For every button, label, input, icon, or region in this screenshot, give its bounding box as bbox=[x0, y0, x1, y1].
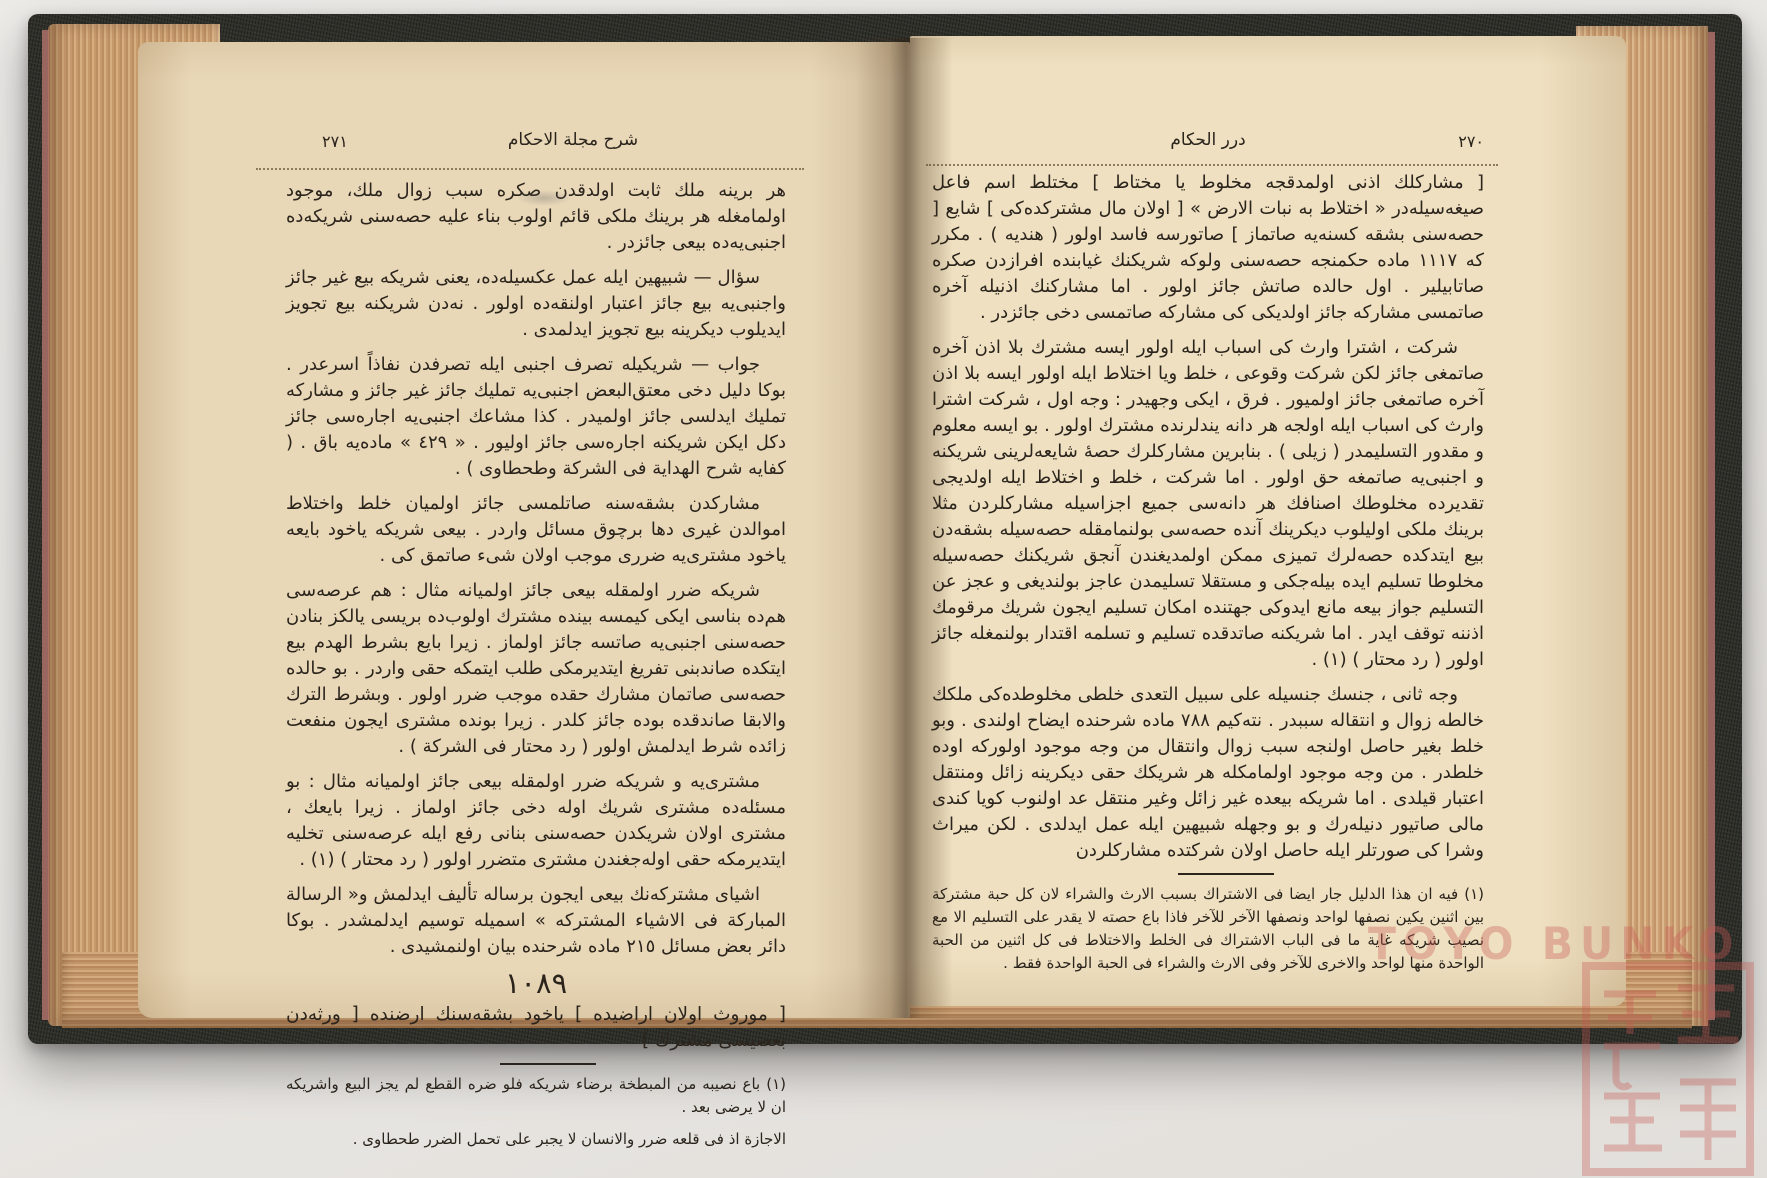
paragraph: شريكه ضرر اولمقله بيعى جائز اولميانه مثا… bbox=[286, 578, 786, 760]
paragraph: جواب — شريكيله تصرف اجنبى ايله تصرفدن نف… bbox=[286, 352, 786, 482]
right-header-rule bbox=[926, 164, 1498, 166]
footnote-separator bbox=[1178, 873, 1274, 875]
matn-line: [ موروث اولان اراضيده ] ياخود بشقه‌سنك ا… bbox=[286, 1002, 786, 1054]
right-page-header-title: درر الحكام bbox=[930, 130, 1486, 150]
footnote-line: (١) باع نصيبه من المبطخة برضاء شريكه فلو… bbox=[286, 1073, 786, 1119]
footnote-separator bbox=[500, 1063, 596, 1065]
left-page-text: هر برينه ملك ثابت اولدقدن صكره سبب زوال … bbox=[286, 178, 786, 1160]
right-page-text: [ مشاركلك اذنى اولمدقجه مخلوط يا مختاط ]… bbox=[932, 170, 1484, 984]
paragraph: [ مشاركلك اذنى اولمدقجه مخلوط يا مختاط ]… bbox=[932, 170, 1484, 326]
left-page-header: ٢٧١ شرح مجلة الاحكام bbox=[268, 130, 798, 156]
footnote-line: الاجازة اذ فى قلعه ضرر والانسان لا يجبر … bbox=[286, 1128, 786, 1151]
book: ٢٧١ شرح مجلة الاحكام هر برينه ملك ثابت ا… bbox=[28, 14, 1742, 1044]
pencil-mark bbox=[516, 190, 572, 206]
photo-backdrop: ٢٧١ شرح مجلة الاحكام هر برينه ملك ثابت ا… bbox=[0, 0, 1767, 1178]
paragraph: اشياى مشتركه‌نك بيعى ايجون برساله تأليف … bbox=[286, 882, 786, 960]
left-header-rule bbox=[256, 168, 804, 170]
section-number: ١٠٨٩ bbox=[286, 970, 786, 996]
paragraph: مشاركدن بشقه‌سنه صاتلمسى جائز اولميان خل… bbox=[286, 491, 786, 569]
right-page: ٢٧٠ درر الحكام [ مشاركلك اذنى اولمدقجه م… bbox=[910, 36, 1626, 1006]
left-page-header-title: شرح مجلة الاحكام bbox=[308, 130, 838, 150]
footnote-line: (١) فيه ان هذا الدليل جار ايضا فى الاشتر… bbox=[932, 883, 1484, 975]
paragraph: شركت ، اشترا وارث كى اسباب ايله اولور اي… bbox=[932, 335, 1484, 673]
paragraph: سؤال — شبيهين ايله عمل عكسيله‌ده، يعنى ش… bbox=[286, 265, 786, 343]
right-page-header: ٢٧٠ درر الحكام bbox=[930, 130, 1486, 156]
left-page: ٢٧١ شرح مجلة الاحكام هر برينه ملك ثابت ا… bbox=[138, 42, 910, 1018]
paragraph: مشترى‌يه و شريكه ضرر اولمقله بيعى جائز ا… bbox=[286, 769, 786, 873]
paragraph: وجه ثانى ، جنسك جنسيله على سبيل التعدى خ… bbox=[932, 682, 1484, 864]
